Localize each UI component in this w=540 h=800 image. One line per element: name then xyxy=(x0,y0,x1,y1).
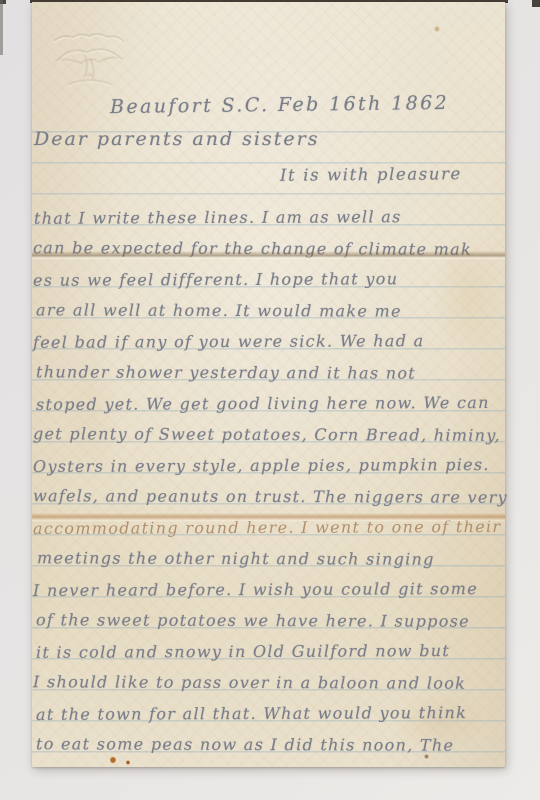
letter-line: that I write these lines. I am as well a… xyxy=(34,201,402,234)
ink-speck xyxy=(110,756,116,764)
letter-line: thunder shower yesterday and it has not xyxy=(36,356,416,388)
letter-line: es us we feel different. I hope that you xyxy=(33,263,398,296)
letter-salutation: Dear parents and sisters xyxy=(34,128,319,150)
scan-corner-mark-right xyxy=(532,0,540,7)
scan-edge-left xyxy=(0,0,3,55)
letter-line: wafels, and peanuts on trust. The nigger… xyxy=(33,480,508,513)
letter-line: get plenty of Sweet potatoes, Corn Bread… xyxy=(33,418,501,451)
letter-opening-phrase: It is with pleasure xyxy=(280,164,462,185)
letter-line-faded-by-crease: accommodating round here. I went to one … xyxy=(33,511,501,544)
letter-line: of the sweet potatoes we have here. I su… xyxy=(36,604,470,637)
scanner-background: Beaufort S.C. Feb 16th 1862 Dear parents… xyxy=(0,0,540,800)
letter-line: to eat some peas now as I did this noon,… xyxy=(36,728,454,760)
ink-speck xyxy=(434,26,440,32)
ink-speck xyxy=(424,754,429,759)
ink-speck xyxy=(126,760,130,765)
letter-line: Oysters in every style, apple pies, pump… xyxy=(33,449,490,482)
letter-line: I should like to pass over in a baloon a… xyxy=(33,666,466,699)
letter-line: it is cold and snowy in Old Guilford now… xyxy=(36,635,450,668)
letter-line: meetings the other night and such singin… xyxy=(37,542,435,574)
letter-line: at the town for all that. What would you… xyxy=(36,697,467,730)
letter-line: I never heard before. I wish you could g… xyxy=(33,573,478,606)
letter-line: can be expected for the change of climat… xyxy=(33,232,472,265)
letter-line: are all well at home. It would make me xyxy=(36,294,402,326)
embossed-eagle-stamp xyxy=(47,26,131,92)
letter-line: feel bad if any of you were sick. We had… xyxy=(33,325,425,358)
letter-dateline: Beaufort S.C. Feb 16th 1862 xyxy=(110,92,449,118)
letter-paper: Beaufort S.C. Feb 16th 1862 Dear parents… xyxy=(32,2,505,767)
letter-line: stoped yet. We get good living here now.… xyxy=(36,387,490,420)
